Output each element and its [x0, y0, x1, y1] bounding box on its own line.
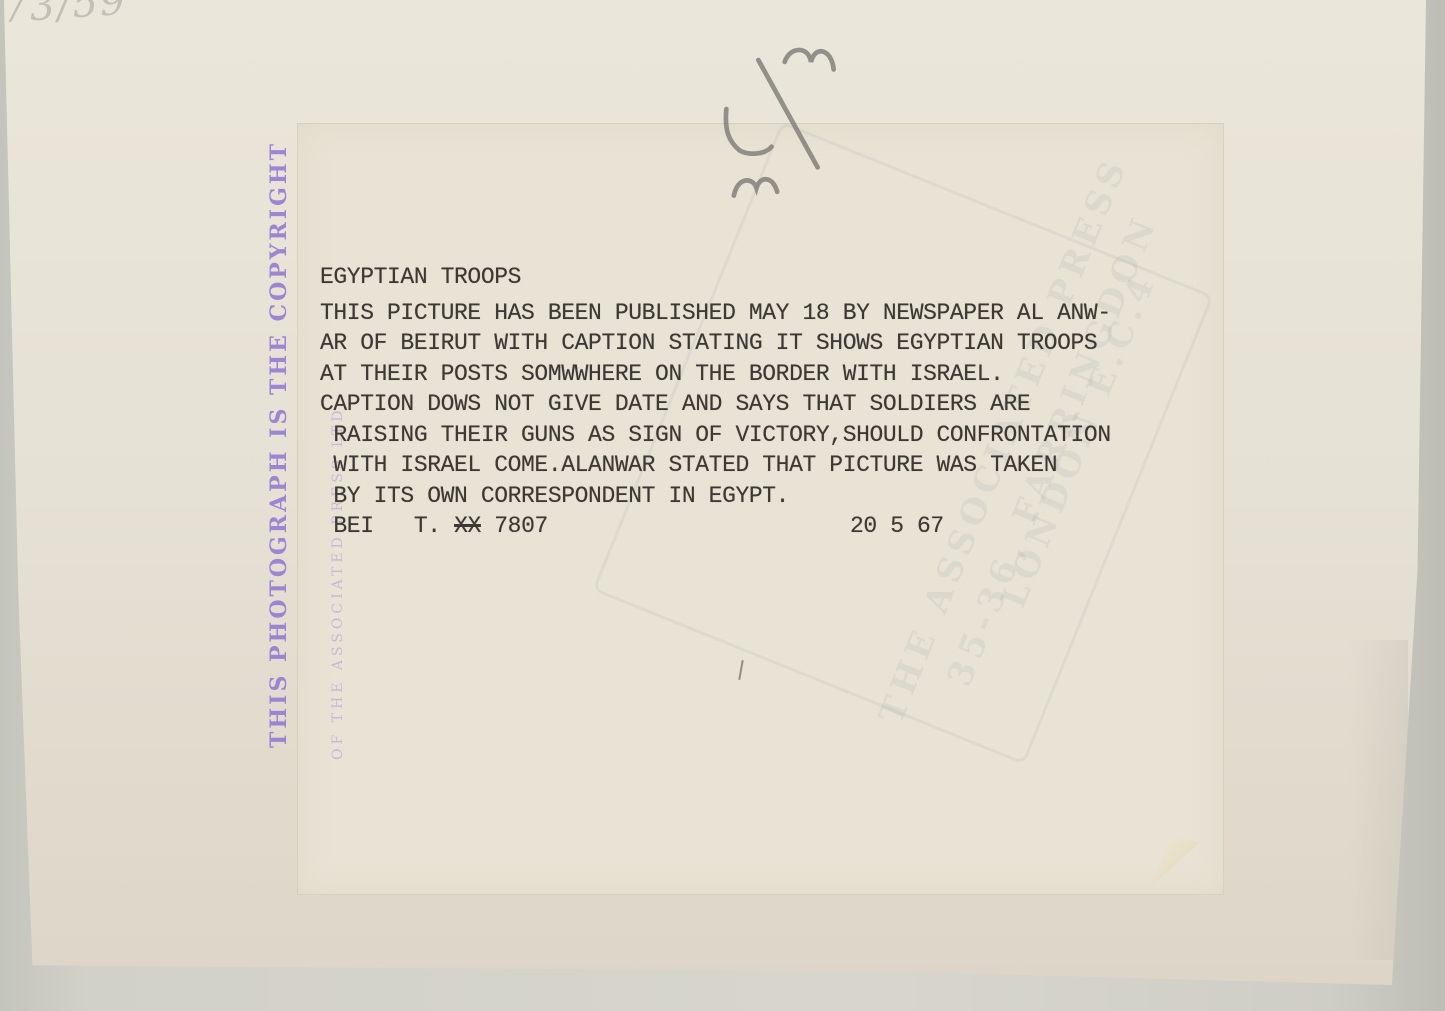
caption-title: EGYPTIAN TROOPS	[320, 262, 1111, 293]
caption-line: BY ITS OWN CORRESPONDENT IN EGYPT.	[320, 481, 1111, 512]
caption-date: 20 5 67	[850, 511, 944, 542]
bureau-code: BEI	[333, 513, 373, 539]
caption-line: RAISING THEIR GUNS AS SIGN OF VICTORY,SH…	[320, 420, 1111, 451]
ref-number: 7807	[494, 513, 548, 539]
caption-line: WITH ISRAEL COME.ALANWAR STATED THAT PIC…	[320, 450, 1111, 481]
caption-line: AT THEIR POSTS SOMWWHERE ON THE BORDER W…	[320, 359, 1111, 390]
typed-caption: EGYPTIAN TROOPS THIS PICTURE HAS BEEN PU…	[320, 262, 1111, 542]
copyright-stamp: THIS PHOTOGRAPH IS THE COPYRIGHT	[266, 188, 306, 748]
caption-line: CAPTION DOWS NOT GIVE DATE AND SAYS THAT…	[320, 389, 1111, 420]
reference-code: BEI T. XX 7807	[320, 511, 850, 542]
pencil-35-3-icon	[700, 30, 860, 220]
struck-ref: XX	[454, 513, 481, 539]
caption-line: THIS PICTURE HAS BEEN PUBLISHED MAY 18 B…	[320, 298, 1111, 329]
copyright-stamp-text: THIS PHOTOGRAPH IS THE COPYRIGHT	[266, 188, 292, 748]
caption-line: AR OF BEIRUT WITH CAPTION STATING IT SHO…	[320, 328, 1111, 359]
pencil-reference-number	[700, 30, 860, 220]
ref-prefix: T.	[414, 513, 441, 539]
caption-footer: BEI T. XX 7807 20 5 67	[320, 511, 1111, 542]
